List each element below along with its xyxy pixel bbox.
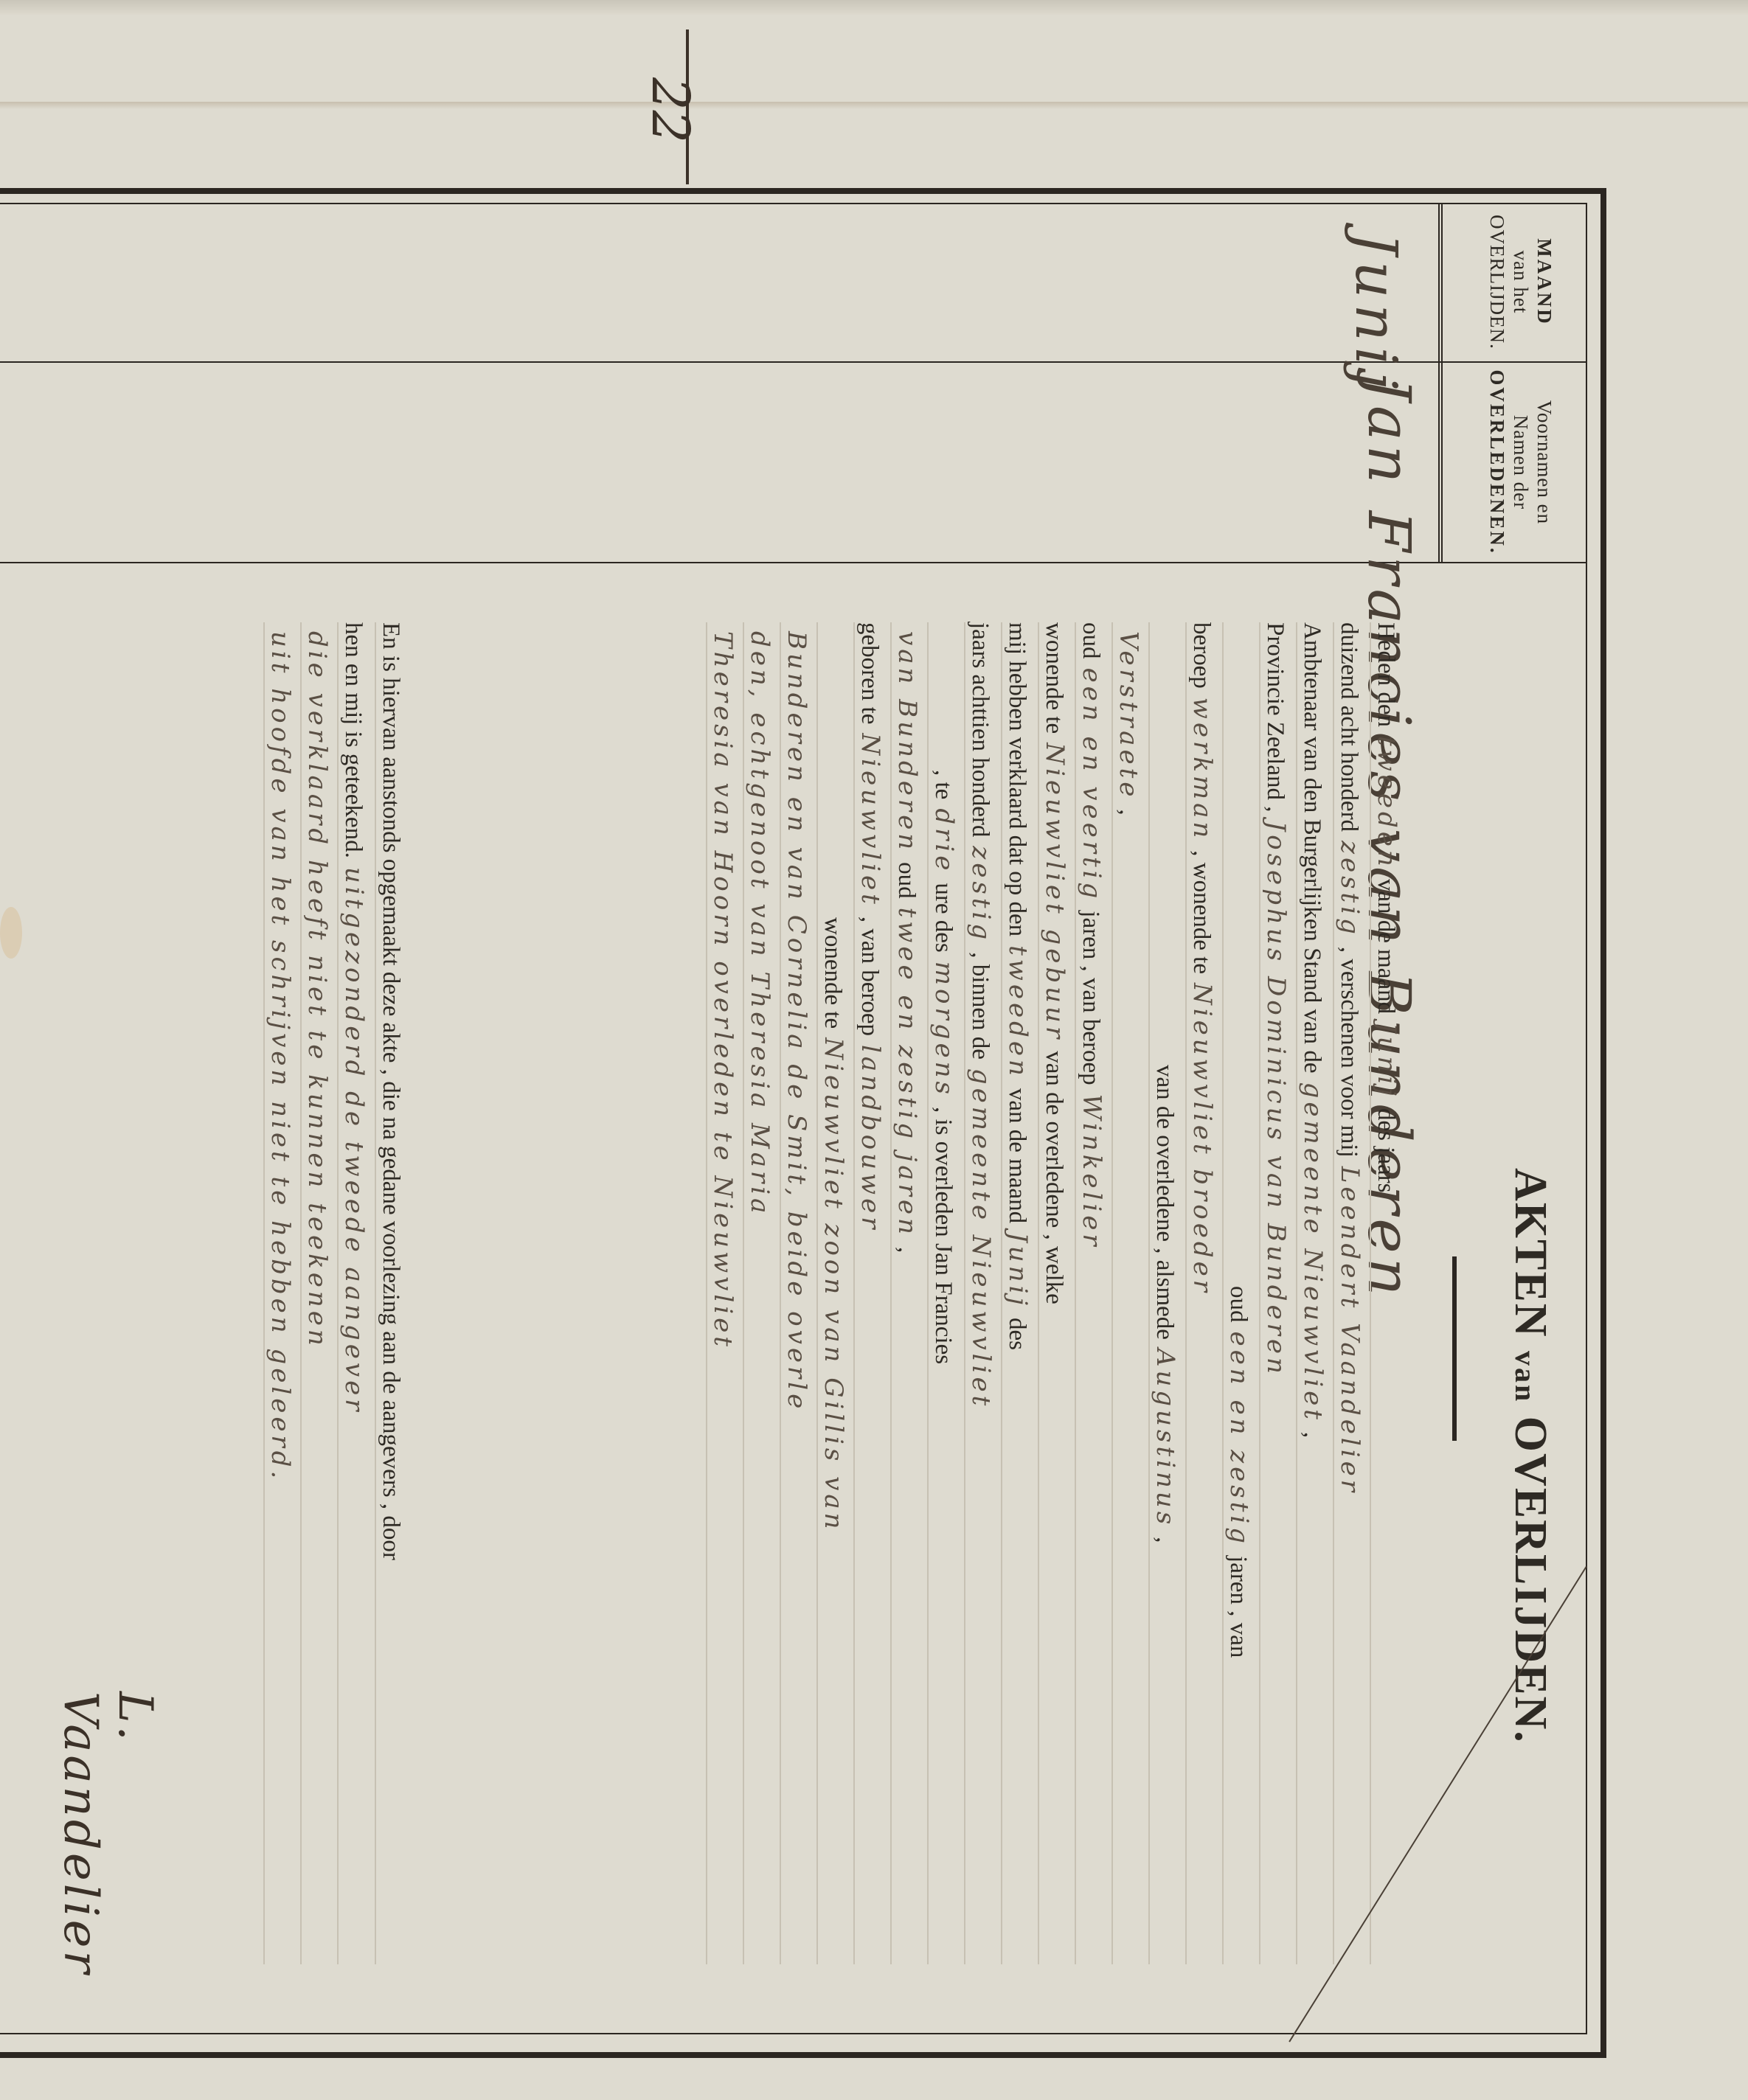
page-top-edge [0, 0, 1748, 15]
maand-header-line1: MAAND [1533, 203, 1556, 361]
closing-line-2: hen en mij is geteekend.uitgezonderd de … [337, 622, 369, 1964]
akte-line: , tedrieure desmorgens, is overleden Jan… [927, 622, 959, 1964]
register-form: MAAND van het OVERLIJDEN. Junij Voorname… [0, 203, 1586, 2031]
title-rule [1452, 1256, 1457, 1441]
akte-line: oudeen en veertigjaren , van beroepWinke… [1075, 622, 1106, 1964]
akte-line: mij hebben verklaard dat op dentweedenva… [1001, 622, 1033, 1964]
namen-header-line3: OVERLEDENEN. [1485, 363, 1509, 562]
akte-title-rest: OVERLIJDEN. [1505, 1416, 1555, 1744]
akte-line: jaars achttien honderdzestig, binnen deg… [964, 622, 996, 1964]
akte-line: Ambtenaar van den Burgerlijken Stand van… [1296, 622, 1328, 1964]
akte-line: Provincie Zeeland ,Josephus Dominicus va… [1259, 622, 1291, 1964]
namen-header-line1: Voornamen en [1533, 363, 1556, 562]
closing-line-3: die verklaard heeft niet te kunnen teeke… [300, 622, 332, 1964]
column-namen: Voornamen en Namen der OVERLEDENEN. Jan … [0, 363, 1586, 563]
closing-line-1: En is hiervan aanstonds opgemaakt deze a… [375, 622, 406, 1964]
registrar-signature: L. Vaandelier [53, 1692, 162, 2031]
akte-title-van: van [1509, 1351, 1542, 1403]
column-maand-header: MAAND van het OVERLIJDEN. [1438, 203, 1586, 361]
akte-line: den, echtgenoot van Theresia Maria [743, 622, 774, 1964]
column-namen-header: Voornamen en Namen der OVERLEDENEN. [1438, 363, 1586, 562]
page-number: 22 [640, 77, 701, 143]
akte-body: AKTEN van OVERLIJDEN. Heden dentweedenva… [0, 563, 1586, 2031]
akte-line: oudeen en zestigjaren , van [1222, 622, 1254, 1964]
akte-line: van de overledene , alsmedeAugustinus, [1148, 622, 1180, 1964]
maand-header-line2: van het [1509, 203, 1533, 361]
akte-line: van Bunderenoudtwee en zestig jaren, [890, 622, 922, 1964]
akte-line: duizend acht honderdzestig, verschenen v… [1333, 622, 1364, 1964]
akte-line: beroepwerkman, wonende teNieuwvliet broe… [1185, 622, 1217, 1964]
akte-line: geboren teNieuwvliet, van beroeplandbouw… [853, 622, 885, 1964]
akte-line: Theresia van Hoorn overleden te Nieuwvli… [706, 622, 738, 1964]
akte-line: Verstraete, [1111, 622, 1143, 1964]
akte-line: wonende teNieuwvliet gebuurvan de overle… [1038, 622, 1069, 1964]
maand-header-line3: OVERLIJDEN. [1485, 203, 1509, 361]
column-maand: MAAND van het OVERLIJDEN. Junij [0, 203, 1586, 363]
akte-line: Heden dentweedenvan de maandJunijdes jaa… [1370, 622, 1401, 1964]
closing-line-4: uit hoofde van het schrijven niet te heb… [263, 622, 295, 1964]
page-fold [0, 102, 1748, 109]
akte-line: wonende teNieuwvliet zoon van Gillis van [816, 622, 848, 1964]
namen-header-line2: Namen der [1509, 363, 1533, 562]
akte-title-main: AKTEN [1505, 1168, 1555, 1338]
akte-line: Bunderen en van Cornelia de Smit, beide … [780, 622, 811, 1964]
